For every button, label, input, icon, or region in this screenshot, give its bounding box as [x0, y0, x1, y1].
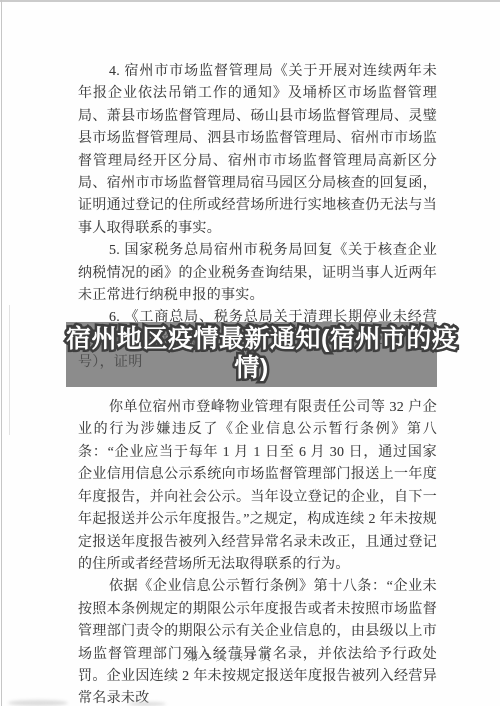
paragraph-body-2: 依据《企业信息公示暂行条例》第十八条：“企业未按照本条例规定的期限公示年度报告或…: [78, 576, 437, 706]
screenshot-root: { "colors": { "page_bg": "#fefefe", "bod…: [0, 0, 500, 706]
scan-edge-top: [0, 0, 500, 2]
paragraph-item-5: 5. 国家税务总局宿州市税务局回复《关于核查企业纳税情况的函》的企业税务查询结果…: [78, 240, 437, 307]
scan-edge-left: [1, 0, 2, 706]
page-number-footer: 第 2 页 共 3 页: [160, 648, 300, 664]
scan-crease-line: [9, 305, 10, 435]
document-page: 4. 宿州市市场监督管理局《关于开展对连续两年未年报企业依法吊销工作的通知》及埇…: [0, 0, 500, 706]
scan-smudge: [128, 702, 166, 706]
headline-line-1: 宿州地区疫情最新通知(宿州市的疫: [66, 325, 437, 354]
paragraph-body-1: 你单位宿州市登峰物业管理有限责任公司等 32 户企业的行为涉嫌违反了《企业信息公…: [78, 397, 437, 576]
headline-overlay: 宿州地区疫情最新通知(宿州市的疫 情): [66, 322, 437, 387]
scan-smudge: [8, 700, 68, 706]
paragraph-item-4: 4. 宿州市市场监督管理局《关于开展对连续两年未年报企业依法吊销工作的通知》及埇…: [78, 61, 437, 240]
headline-line-2: 情): [66, 354, 437, 383]
